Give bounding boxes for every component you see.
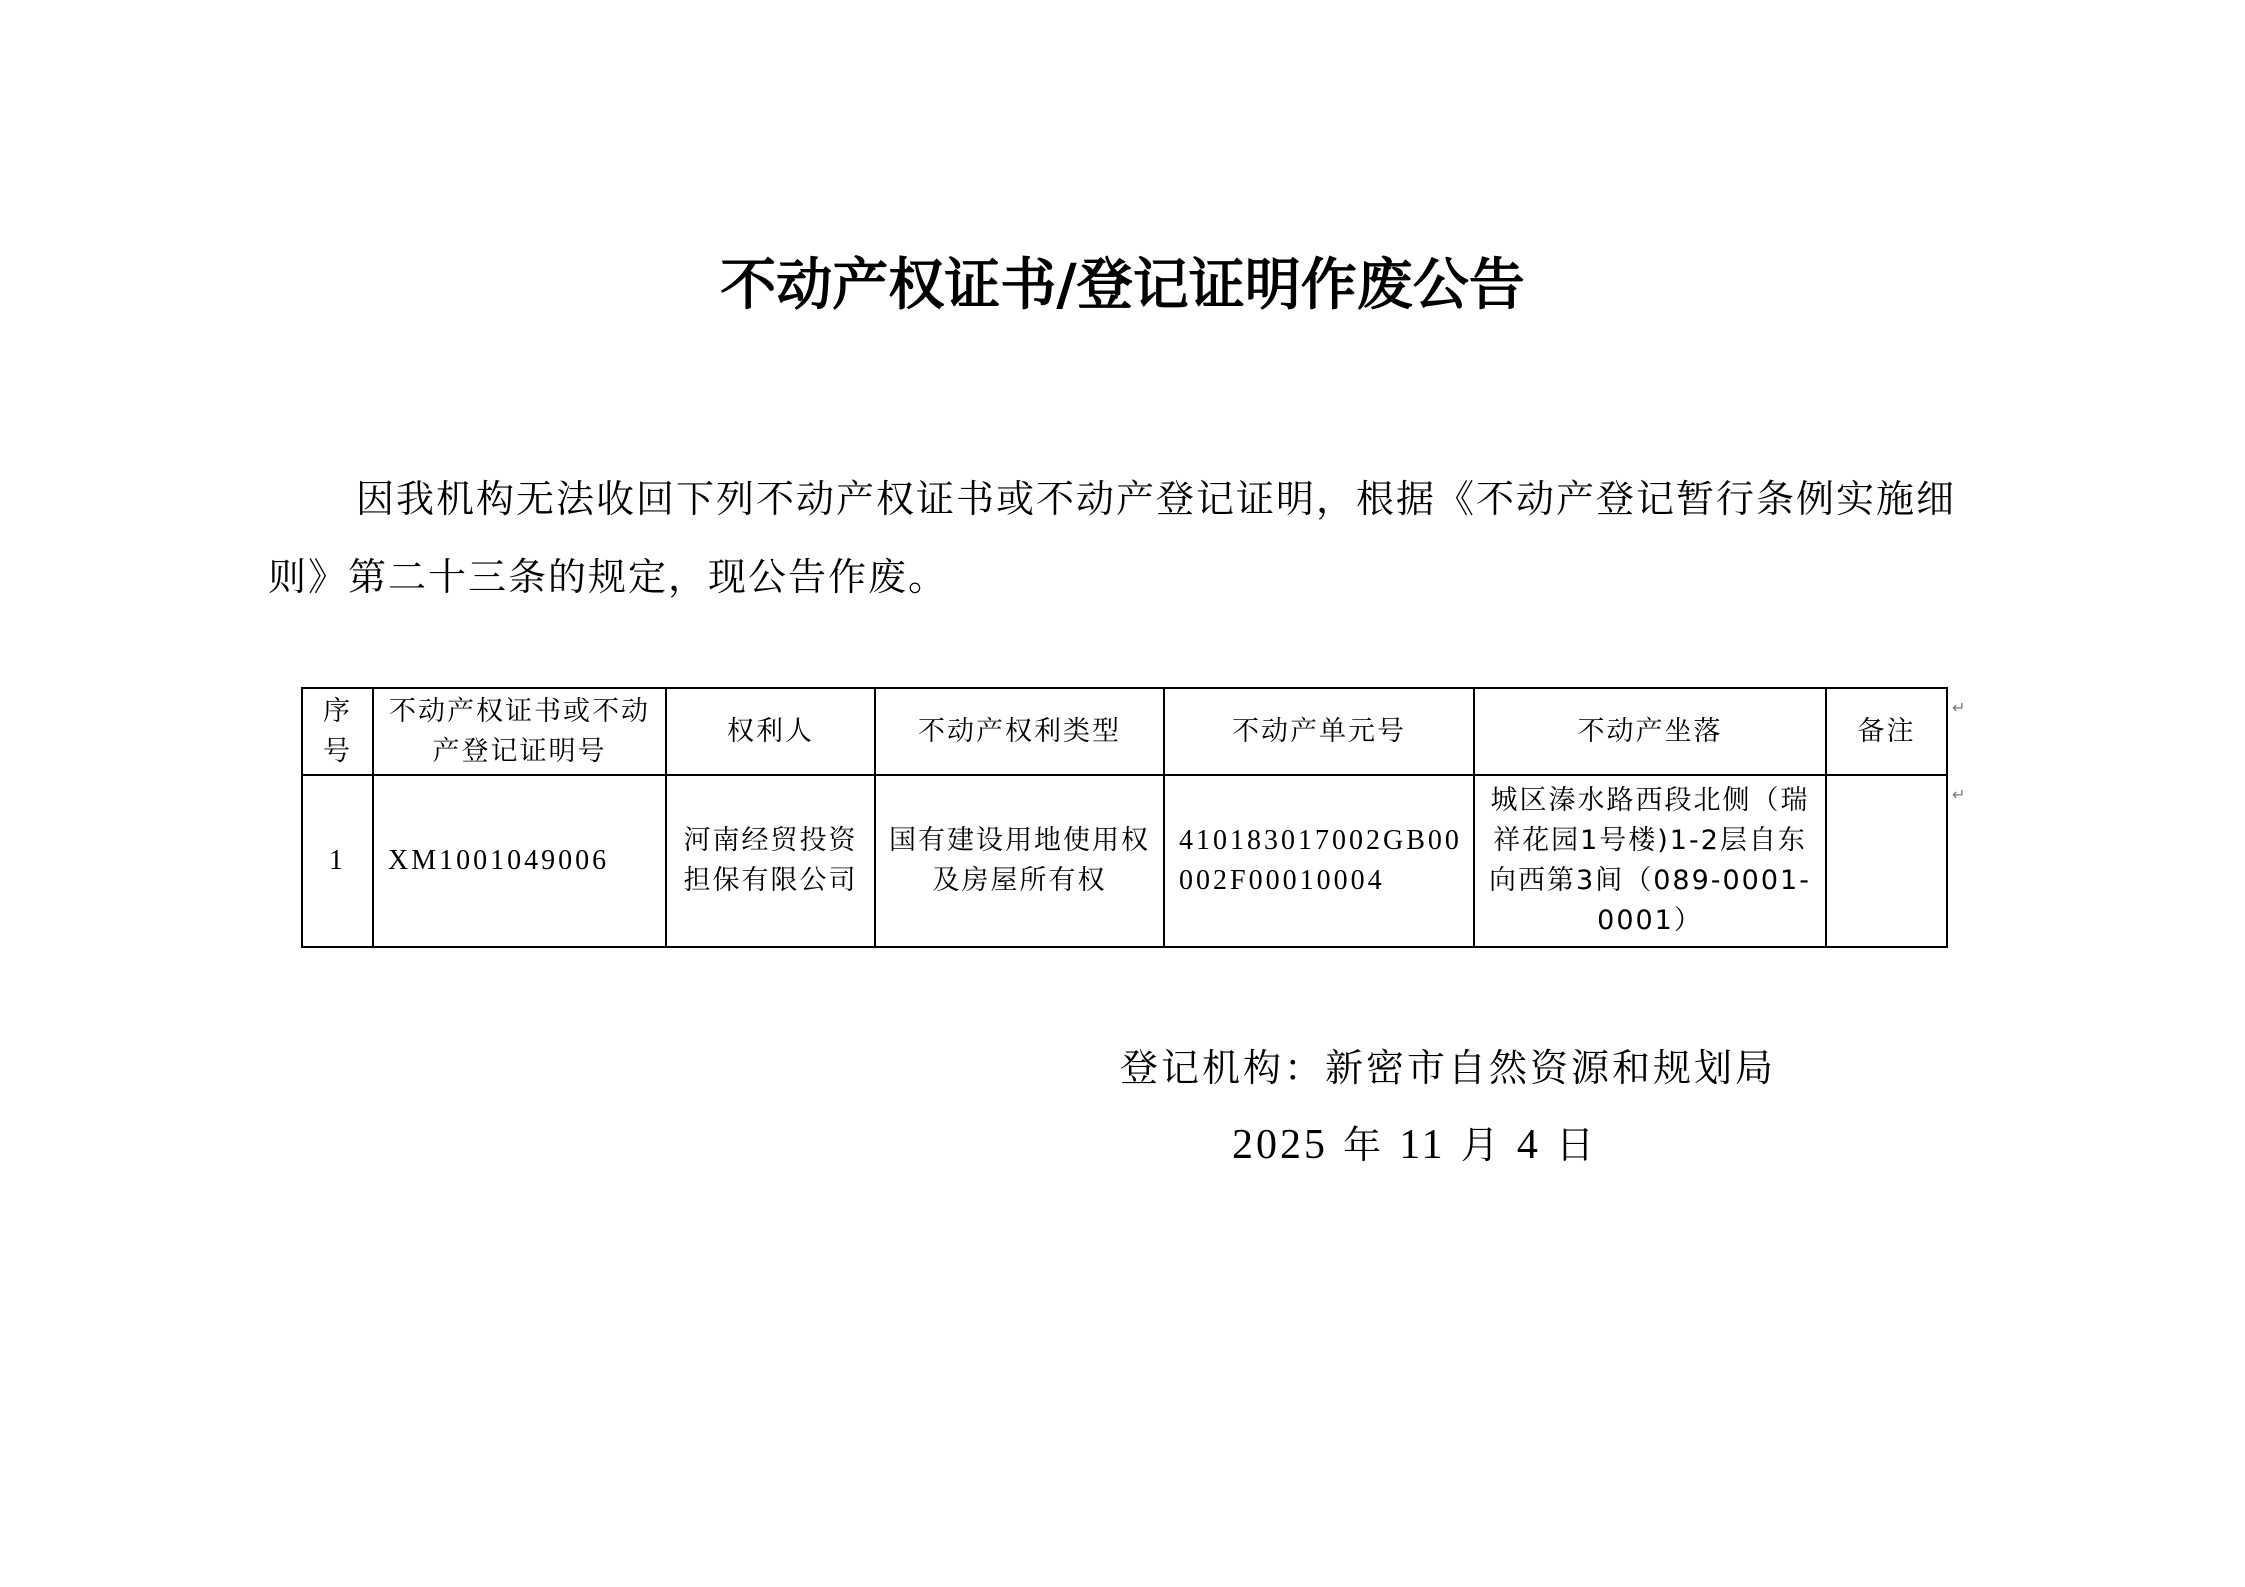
date-year: 2025 [1232, 1122, 1328, 1168]
cell-seq: 1 [302, 775, 373, 947]
announcement-body: 因我机构无法收回下列不动产权证书或不动产登记证明，根据《不动产登记暂行条例实施细… [268, 460, 1968, 616]
cell-holder: 河南经贸投资担保有限公司 [666, 775, 875, 947]
header-holder: 权利人 [666, 688, 875, 775]
voided-certificates-table: 序号 不动产权证书或不动产登记证明号 权利人 不动产权利类型 不动产单元号 不动… [301, 687, 1948, 948]
header-location: 不动产坐落 [1474, 688, 1826, 775]
date-year-unit: 年 [1343, 1123, 1384, 1167]
paragraph-return-mark: ↵ [1952, 785, 1965, 804]
date-month: 11 [1399, 1122, 1445, 1168]
header-right-type: 不动产权利类型 [875, 688, 1164, 775]
cell-remark [1826, 775, 1947, 947]
cell-unit-no: 410183017002GB00002F00010004 [1164, 775, 1474, 947]
header-remark: 备注 [1826, 688, 1947, 775]
registration-authority: 登记机构：新密市自然资源和规划局 [1120, 1038, 1776, 1098]
header-seq: 序号 [302, 688, 373, 775]
table-header-row: 序号 不动产权证书或不动产登记证明号 权利人 不动产权利类型 不动产单元号 不动… [302, 688, 1947, 775]
table-row: 1 XM1001049006 河南经贸投资担保有限公司 国有建设用地使用权及房屋… [302, 775, 1947, 947]
date-month-unit: 月 [1461, 1123, 1502, 1167]
header-cert-no: 不动产权证书或不动产登记证明号 [373, 688, 666, 775]
cell-cert-no: XM1001049006 [373, 775, 666, 947]
date-day-unit: 日 [1556, 1123, 1597, 1167]
paragraph-return-mark: ↵ [1952, 698, 1965, 717]
header-unit-no: 不动产单元号 [1164, 688, 1474, 775]
cell-right-type: 国有建设用地使用权及房屋所有权 [875, 775, 1164, 947]
cell-location: 城区溱水路西段北侧（瑞祥花园1号楼)1-2层自东向西第3间（089-0001-0… [1474, 775, 1826, 947]
date-day: 4 [1517, 1122, 1541, 1168]
page-title: 不动产权证书/登记证明作废公告 [0, 250, 2245, 320]
announcement-date: 2025 年 11 月 4 日 [1232, 1115, 1597, 1175]
